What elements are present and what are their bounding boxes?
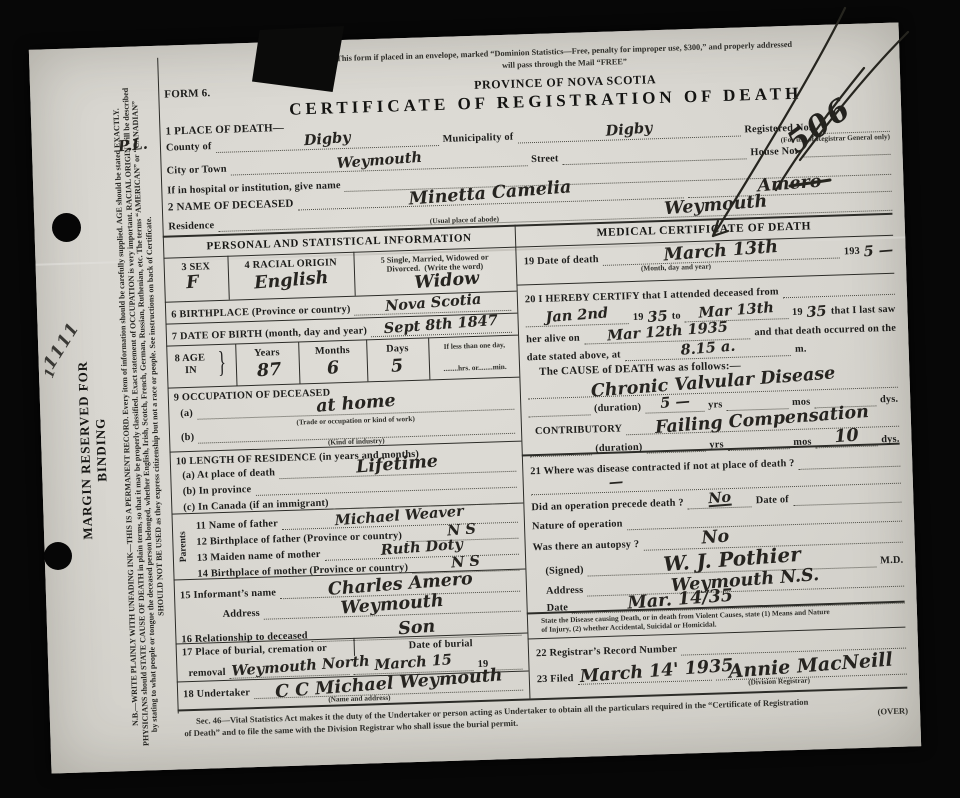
q21-pen-mark: — [608,475,621,489]
residence-a-value: Lifetime [356,455,439,474]
years-label: Years [235,347,298,361]
yrs2-label: yrs [709,439,724,452]
over-label: (OVER) [877,707,908,717]
relationship-value: Son [397,621,435,637]
age-brace: } [217,346,226,380]
house-no-label: House No. [750,145,797,159]
scanned-death-certificate: MARGIN RESERVED FOR BINDING N.B.—WRITE P… [0,0,960,798]
age-months-value: 6 [327,362,340,376]
deceased-surname: Amero [757,176,822,194]
registrar-record-label: 22 Registrar’s Record Number [536,643,678,660]
autopsy-label: Was there an autopsy ? [533,539,640,555]
operation-label: Did an operation precede death ? [531,497,684,514]
age-label: 8 AGEIN [174,352,205,378]
filed-label: 23 Filed [537,673,574,686]
parents-group-label: Parents [178,517,190,577]
dys-label: dys. [880,393,899,406]
date-of-death-value: March 13th [664,241,779,263]
signed-label: (Signed) [545,564,584,578]
county-value: Digby [303,131,351,147]
informant-address-value: Weymouth [340,595,444,616]
residence-value: Weymouth [664,195,768,216]
to-label: to [672,310,681,323]
father-name-label: 11 Name of father [196,518,278,533]
yrs-label: yrs [708,399,723,412]
to-year-value: 35 [806,304,827,318]
birthplace-value: Nova Scotia [384,293,481,313]
informant-address-label: Address [222,608,260,622]
date-of-birth-value: Sept 8th 1847 [384,314,499,336]
autopsy-value: No [701,530,730,545]
duration2-dys-value: 10 [834,429,859,444]
age-years-value: 87 [257,364,282,379]
mother-name-label: 13 Maiden name of mother [197,549,321,565]
sex-value: F [186,276,199,290]
occupation-b-label: (b) [181,431,195,444]
certificate-date-value: Mar. 14/35 [628,590,734,611]
m-label: m. [795,343,807,356]
racial-origin-value: English [254,272,329,291]
residence-b-label: (b) In province [183,484,252,498]
time-of-death-value: 8.15 a. [680,340,736,357]
age-days-value: 5 [391,360,404,374]
date-of-death-label: 19 Date of death [524,254,599,269]
city-value: Weymouth [336,151,422,170]
mos2-label: mos [793,436,812,449]
county-label: County of [166,141,212,155]
burial-place-value: Weymouth North [231,654,370,677]
corner-pen-mark: P.L. [117,134,149,155]
residence-a-label: (a) At place of death [182,467,275,482]
margin-binding-label: MARGIN RESERVED FOR BINDING [74,330,114,571]
months-label: Months [298,344,366,358]
dod-year-printed: 193 [844,245,860,258]
days-label: Days [366,342,428,356]
from-year-value: 35 [647,309,668,323]
attended-from-value: Jan 2nd [545,306,608,324]
scan-artifact-patch [252,26,348,92]
city-or-town-label: City or Town [167,163,227,177]
last-saw-label: that I last saw [831,303,896,317]
from-year-printed: 19 [633,311,644,324]
dys2-label: dys. [881,433,900,446]
operation-value: No [708,491,732,508]
municipality-label: Municipality of [442,131,513,146]
informant-name-label: 15 Informant’s name [180,587,276,602]
occupation-a-value: at home [315,395,395,414]
punch-hole-top [52,213,81,242]
alive-on-label: her alive on [526,332,580,346]
street-label: Street [531,153,559,166]
occupation-a-label: (a) [180,408,193,421]
mother-birthplace-value: N S [451,554,481,569]
attended-to-value: Mar 13th [698,301,774,320]
duration1-yrs-value: 5 — [659,395,690,410]
burial-removal-label: removal [188,667,226,681]
less-than-day-label: If less than one day, [430,341,518,352]
punch-hole-bottom [44,542,72,570]
to-year-printed: 19 [792,306,803,319]
operation-date-of-label: Date of [756,494,790,507]
certificate-date-label: Date [546,602,568,615]
date-stated-label: date stated above, at [527,349,621,364]
duration1-label: (duration) [594,401,642,415]
residence-label: Residence [168,220,214,234]
dod-year-value: 5 — [863,243,894,258]
marital-value: Widow [414,272,480,290]
duration2-label: (duration) [595,441,643,455]
nature-of-operation-label: Nature of operation [532,518,623,533]
hrs-min-label: ........hrs. or........min. [431,363,519,374]
father-birthplace-value: N S [447,522,477,537]
undertaker-label: 18 Undertaker [183,687,250,701]
md-label: M.D. [880,554,903,567]
municipality-value: Digby [605,121,653,137]
contributory-label: CONTRIBUTORY [535,423,622,438]
